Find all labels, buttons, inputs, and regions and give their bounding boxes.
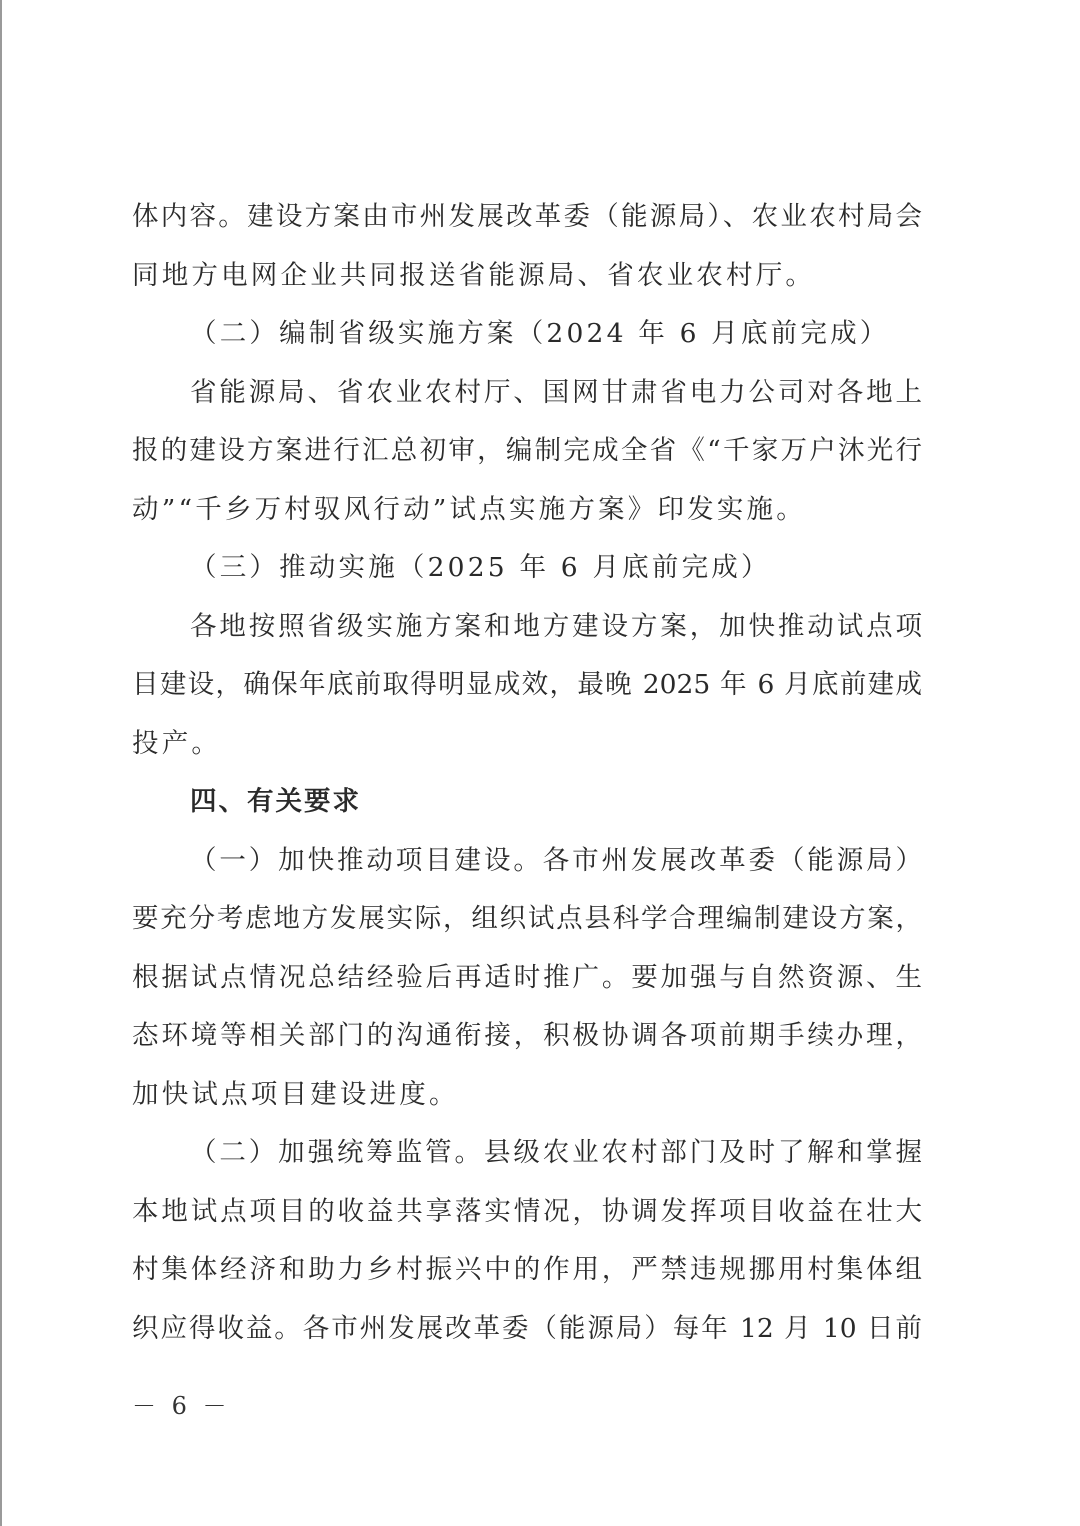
text-line: 目建设，确保年底前取得明显成效，最晚 2025 年 6 月底前建成	[132, 656, 922, 715]
text-line: 投产。	[132, 715, 922, 774]
text-line: 要充分考虑地方发展实际，组织试点县科学合理编制建设方案，	[132, 890, 922, 949]
subheading-implementation: （三）推动实施（2025 年 6 月底前完成）	[132, 539, 922, 598]
text-line: 态环境等相关部门的沟通衔接，积极协调各项前期手续办理，	[132, 1007, 922, 1066]
text-line: （一）加快推动项目建设。各市州发展改革委（能源局）	[132, 832, 922, 891]
text-line: 动”“千乡万村驭风行动”试点实施方案》印发实施。	[132, 481, 922, 540]
page-number: － 6 －	[132, 1386, 231, 1421]
section-heading-requirements: 四、有关要求	[132, 773, 922, 832]
text-line: 体内容。建设方案由市州发展改革委（能源局）、农业农村局会	[132, 188, 922, 247]
text-line: 加快试点项目建设进度。	[132, 1066, 922, 1125]
subheading-compile-plan: （二）编制省级实施方案（2024 年 6 月底前完成）	[132, 305, 922, 364]
page-edge	[0, 0, 2, 1526]
text-line: 省能源局、省农业农村厅、国网甘肃省电力公司对各地上	[132, 364, 922, 423]
text-line: 同地方电网企业共同报送省能源局、省农业农村厅。	[132, 247, 922, 306]
text-line: 村集体经济和助力乡村振兴中的作用，严禁违规挪用村集体组	[132, 1241, 922, 1300]
document-page: 体内容。建设方案由市州发展改革委（能源局）、农业农村局会 同地方电网企业共同报送…	[132, 188, 922, 1358]
text-line: 报的建设方案进行汇总初审，编制完成全省《“千家万户沐光行	[132, 422, 922, 481]
text-line: 各地按照省级实施方案和地方建设方案，加快推动试点项	[132, 598, 922, 657]
text-line: （二）加强统筹监管。县级农业农村部门及时了解和掌握	[132, 1124, 922, 1183]
text-line: 织应得收益。各市州发展改革委（能源局）每年 12 月 10 日前	[132, 1300, 922, 1359]
text-line: 本地试点项目的收益共享落实情况，协调发挥项目收益在壮大	[132, 1183, 922, 1242]
text-line: 根据试点情况总结经验后再适时推广。要加强与自然资源、生	[132, 949, 922, 1008]
